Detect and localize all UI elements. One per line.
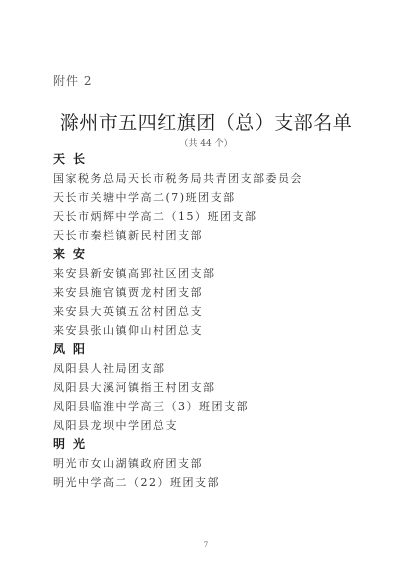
list-item: 来安县新安镇高郢社区团支部 [53,264,393,283]
section-fengyang: 凤阳 凤阳县人社局团支部 凤阳县大溪河镇指王村团支部 凤阳县临淮中学高三（3）班… [53,340,393,435]
page-number: 7 [0,541,412,549]
list-item: 凤阳县龙坝中学团总支 [53,416,393,435]
count-note: （共 44 个） [0,136,412,149]
list-item: 来安县大英镇五岔村团总支 [53,302,393,321]
list-item: 凤阳县临淮中学高三（3）班团支部 [53,397,393,416]
section-tianchang: 天长 国家税务总局天长市税务局共青团支部委员会 天长市关塘中学高二(7)班团支部… [53,150,393,245]
list-item: 国家税务总局天长市税务局共青团支部委员会 [53,169,393,188]
list-item: 来安县施官镇贾龙村团支部 [53,283,393,302]
list-item: 来安县张山镇仰山村团总支 [53,321,393,340]
list-item: 天长市关塘中学高二(7)班团支部 [53,188,393,207]
list-item: 天长市炳辉中学高二（15）班团支部 [53,207,393,226]
section-heading: 来安 [53,245,393,264]
section-laian: 来安 来安县新安镇高郢社区团支部 来安县施官镇贾龙村团支部 来安县大英镇五岔村团… [53,245,393,340]
list-item: 天长市秦栏镇新民村团支部 [53,226,393,245]
list-item: 凤阳县人社局团支部 [53,359,393,378]
branch-list: 天长 国家税务总局天长市税务局共青团支部委员会 天长市关塘中学高二(7)班团支部… [53,150,393,492]
section-heading: 天长 [53,150,393,169]
section-heading: 凤阳 [53,340,393,359]
list-item: 凤阳县大溪河镇指王村团支部 [53,378,393,397]
list-item: 明光市女山湖镇政府团支部 [53,454,393,473]
section-mingguang: 明光 明光市女山湖镇政府团支部 明光中学高二（22）班团支部 [53,435,393,492]
attachment-label: 附件 2 [53,72,92,89]
list-item: 明光中学高二（22）班团支部 [53,473,393,492]
page-title: 滁州市五四红旗团（总）支部名单 [0,108,412,135]
section-heading: 明光 [53,435,393,454]
